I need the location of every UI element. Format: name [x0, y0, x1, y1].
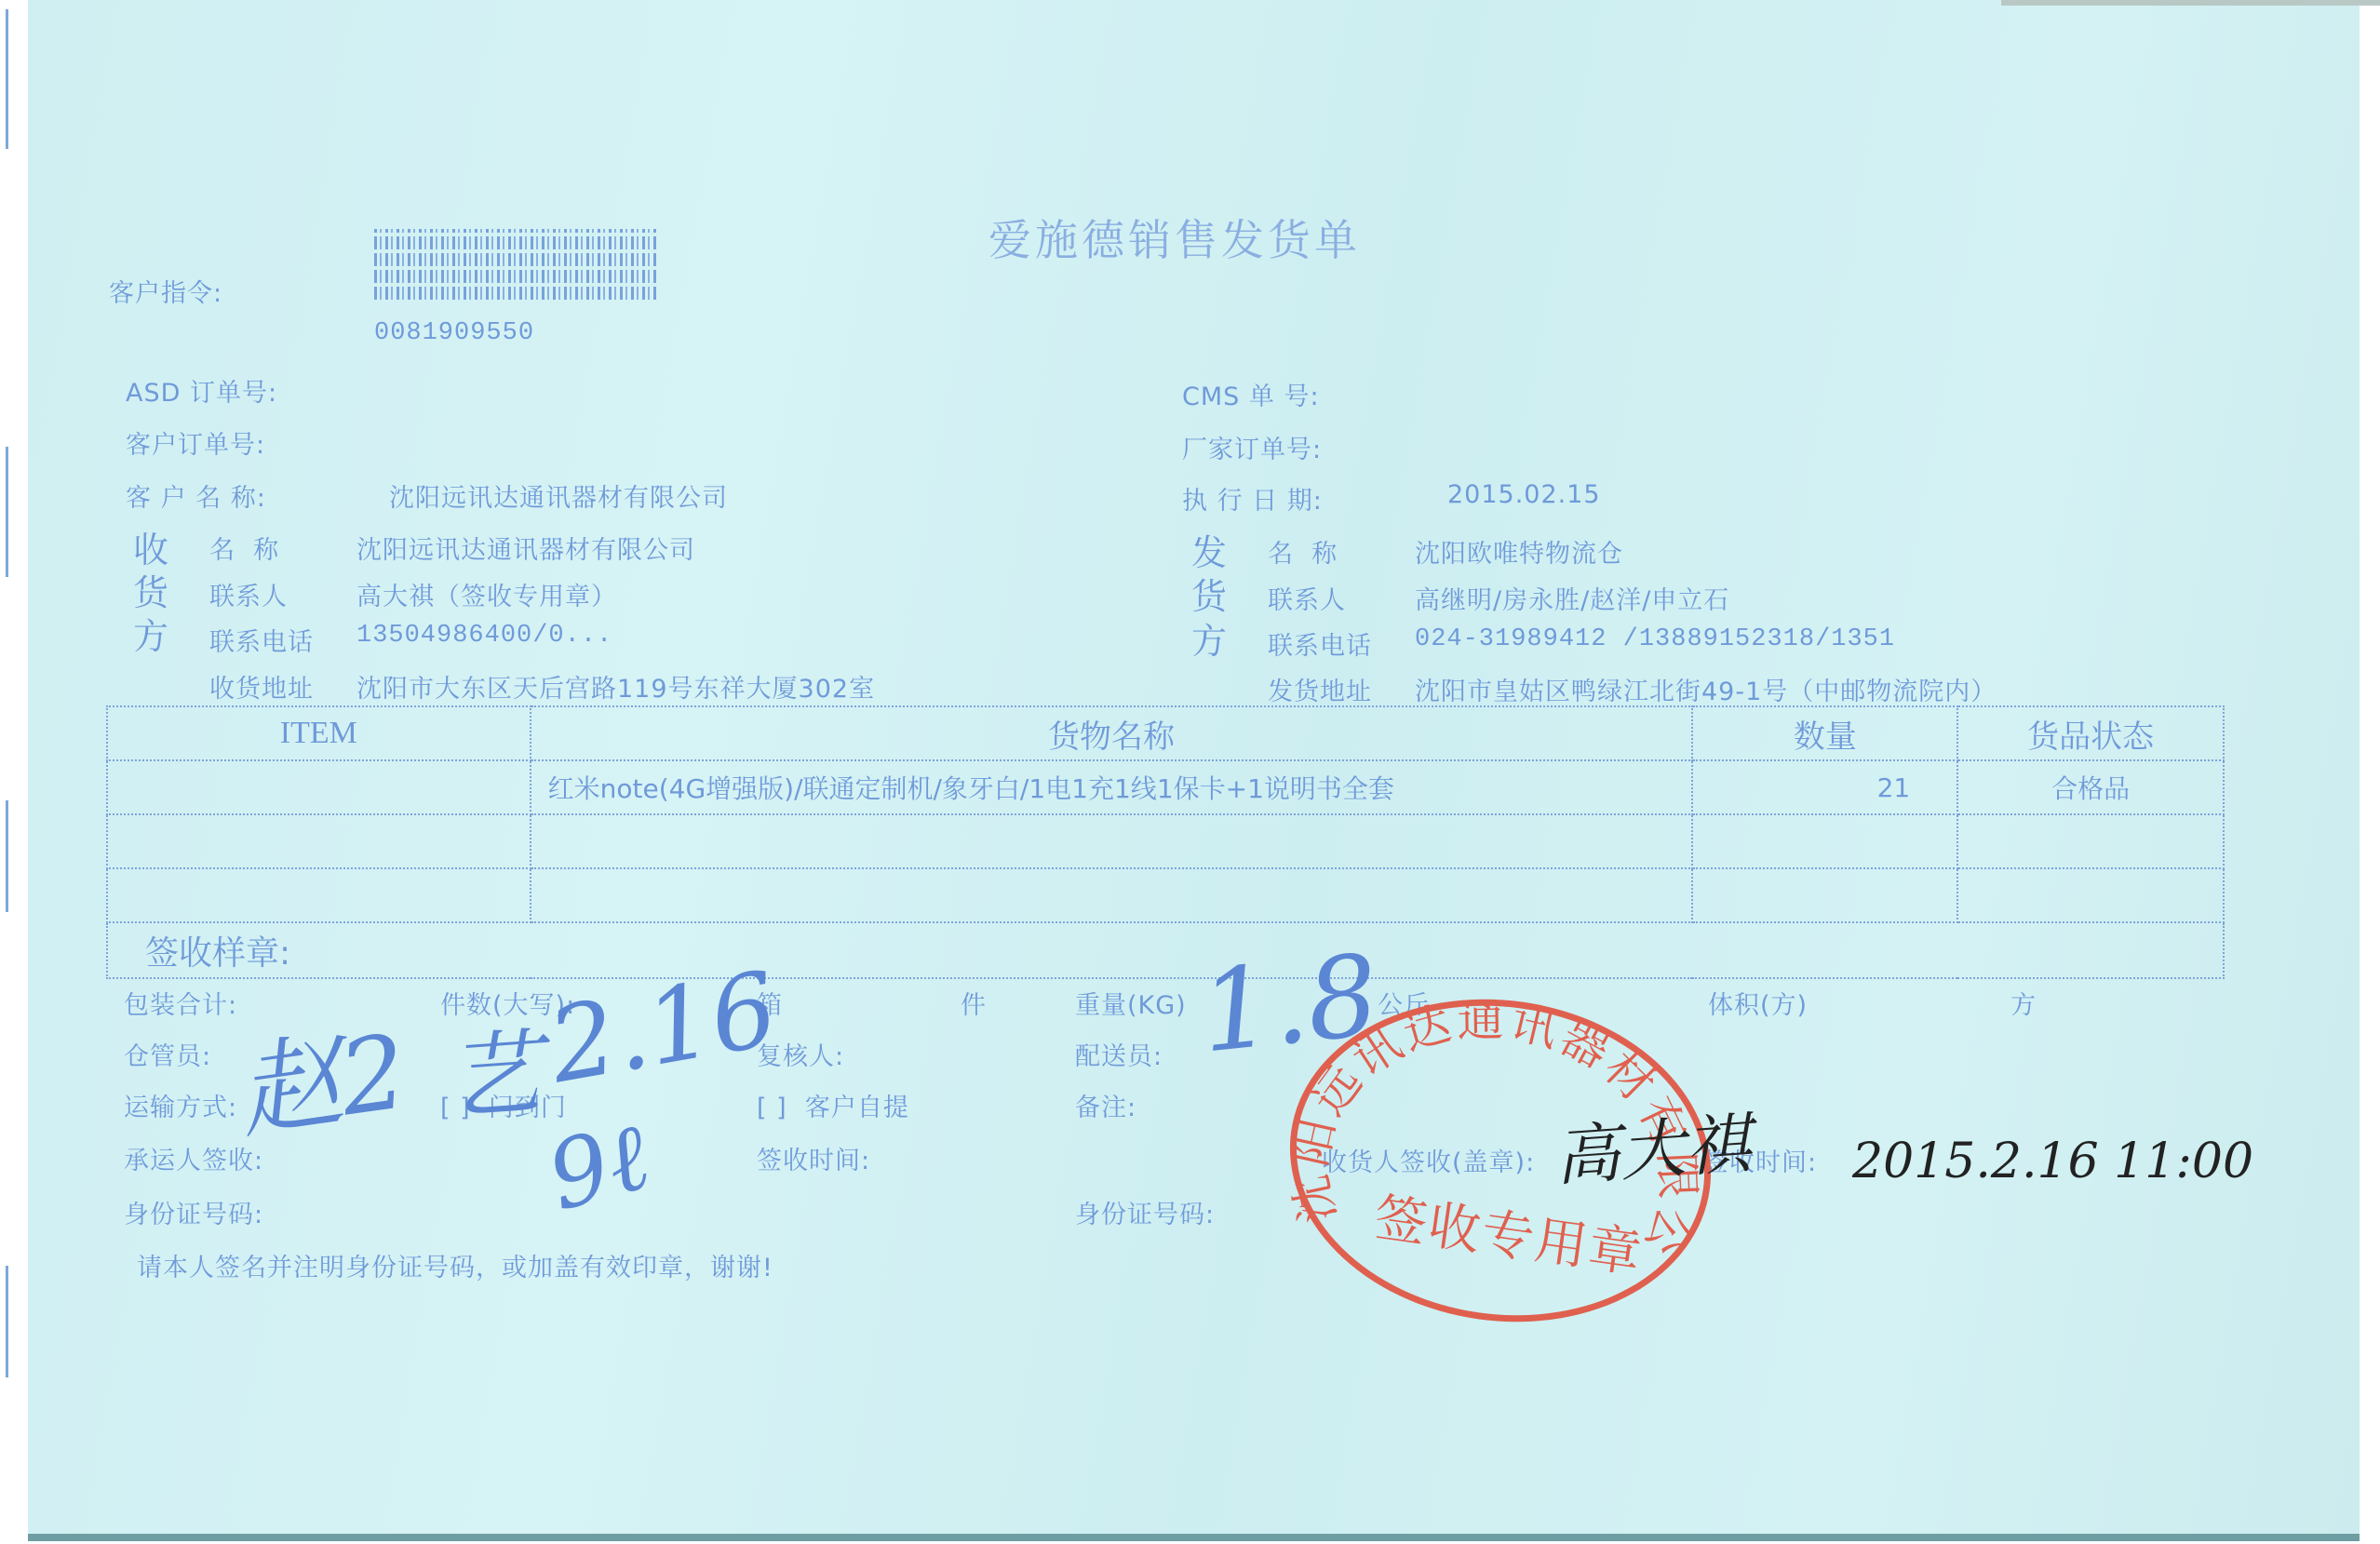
receiver-phone-value: 13504986400/0...	[356, 622, 612, 650]
handwritten-consignee-signature: 高大祺	[1552, 1092, 1754, 1199]
receiver-phone-label: 联系电话	[209, 622, 314, 658]
shipper-name-value: 沈阳欧唯特物流仓	[1415, 533, 1623, 570]
exec-date-value: 2015.02.15	[1447, 480, 1601, 509]
receiver-contact-value: 高大祺（签收专用章）	[356, 576, 617, 612]
cell-quantity: 21	[1692, 760, 1957, 814]
piece-label: 件	[961, 985, 987, 1021]
tractor-hole-mark	[6, 9, 8, 149]
cell-status	[1957, 868, 2224, 922]
receiver-side-char: 方	[133, 608, 169, 659]
customer-name-label: 客 户 名 称:	[126, 477, 266, 514]
shipper-phone-value: 024-31989412 /13889152318/1351	[1415, 625, 1895, 653]
cell-goods-name	[531, 814, 1693, 868]
cell-goods-name: 红米note(4G增强版)/联通定制机/象牙白/1电1充1线1保卡+1说明书全套	[531, 760, 1693, 814]
asd-order-label: ASD 订单号:	[126, 372, 277, 409]
cell-item	[107, 814, 531, 868]
cell-status	[1957, 814, 2224, 868]
header-quantity: 数量	[1692, 706, 1957, 760]
handwritten-warehouse-signature: 赵2	[228, 989, 414, 1159]
cell-item	[107, 760, 531, 814]
header-goods-name: 货物名称	[531, 706, 1693, 760]
signature-notice: 请本人签名并注明身份证号码，或加盖有效印章，谢谢!	[137, 1247, 773, 1283]
warehouse-keeper-label: 仓管员:	[124, 1036, 211, 1072]
factory-order-label: 厂家订单号:	[1182, 429, 1322, 465]
shipper-side-char: 方	[1191, 612, 1228, 664]
table-row	[107, 868, 2224, 922]
header-status: 货品状态	[1957, 706, 2224, 760]
shipper-address-value: 沈阳市皇姑区鸭绿江北街49-1号（中邮物流院内）	[1415, 671, 1997, 707]
carrier-sign-label: 承运人签收:	[124, 1140, 263, 1176]
deliverer-label: 配送员:	[1075, 1036, 1163, 1072]
receiver-name-label: 名 称	[209, 530, 279, 566]
id-number-label: 身份证号码:	[124, 1194, 263, 1230]
receiver-address-label: 收货地址	[209, 668, 314, 705]
barcode-icon	[374, 229, 658, 300]
cms-order-label: CMS 单 号:	[1182, 376, 1320, 412]
volume-unit: 方	[2010, 985, 2037, 1021]
document-title: 爱施德销售发货单	[988, 207, 1361, 268]
transport-label: 运输方式:	[124, 1087, 237, 1123]
sign-time-label: 签收时间:	[757, 1140, 870, 1176]
table-header-row: ITEM 货物名称 数量 货品状态	[107, 706, 2224, 760]
shipper-address-label: 发货地址	[1268, 671, 1372, 707]
cell-status: 合格品	[1957, 760, 2224, 814]
remark-label: 备注:	[1075, 1087, 1136, 1123]
sign-sample-label: 签收样章:	[107, 922, 2224, 978]
cell-quantity	[1692, 814, 1957, 868]
handwritten-consignee-time: 2015.2.16 11:00	[1852, 1134, 2253, 1189]
exec-date-label: 执 行 日 期:	[1182, 480, 1323, 517]
cell-goods-name	[531, 868, 1693, 922]
tractor-hole-mark	[6, 447, 8, 577]
cell-quantity	[1692, 868, 1957, 922]
sign-sample-row: 签收样章:	[107, 922, 2224, 978]
volume-label: 体积(方)	[1708, 985, 1808, 1021]
receiver-name-value: 沈阳远讯达通讯器材有限公司	[356, 530, 695, 566]
goods-table: ITEM 货物名称 数量 货品状态 红米note(4G增强版)/联通定制机/象牙…	[106, 705, 2225, 979]
header-item: ITEM	[107, 706, 531, 760]
receiver-contact-label: 联系人	[209, 576, 288, 612]
customer-name-value: 沈阳远讯达通讯器材有限公司	[389, 477, 728, 514]
shipper-side-char: 货	[1191, 568, 1228, 619]
shipper-phone-label: 联系电话	[1268, 625, 1372, 662]
tractor-hole-mark	[6, 800, 8, 912]
receiver-address-value: 沈阳市大东区天后宫路119号东祥大厦302室	[356, 668, 875, 705]
weight-label: 重量(KG)	[1075, 985, 1187, 1021]
customer-order-label: 客户订单号:	[126, 424, 265, 461]
table-row: 红米note(4G增强版)/联通定制机/象牙白/1电1充1线1保卡+1说明书全套…	[107, 760, 2224, 814]
customer-instruction-label: 客户指令:	[109, 273, 222, 309]
barcode-number: 0081909550	[374, 319, 534, 347]
handwritten-warehouse-signature-2: 艺	[442, 998, 545, 1138]
table-row	[107, 814, 2224, 868]
package-total-label: 包装合计:	[124, 985, 237, 1021]
paper-bottom-edge	[28, 1534, 2360, 1541]
paper-top-edge	[2001, 0, 2380, 6]
cell-item	[107, 868, 531, 922]
id-number-label-right: 身份证号码:	[1075, 1194, 1215, 1230]
shipper-contact-value: 高继明/房永胜/赵洋/申立石	[1415, 580, 1729, 616]
tractor-hole-mark	[6, 1266, 8, 1377]
shipper-name-label: 名 称	[1268, 533, 1338, 570]
self-pickup-checkbox[interactable]: [ ] 客户自提	[757, 1087, 909, 1123]
shipper-contact-label: 联系人	[1268, 580, 1346, 616]
